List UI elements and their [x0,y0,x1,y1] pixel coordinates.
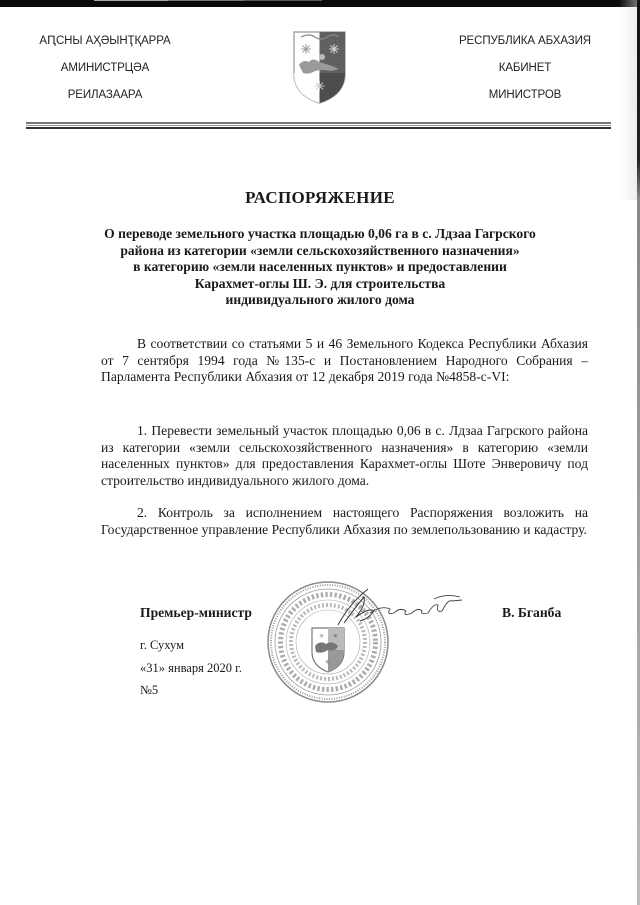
header-right-line-3: МИНИСТРОВ [445,88,605,115]
item-1-text: 1. Перевести земельный участок площадью … [101,423,588,488]
subject-line: в категорию «земли населенных пунктов» и… [90,259,550,276]
header-left-line-1: АԤСНЫ АҲӘЫНҬҚАРРА [30,34,180,61]
header-rule [26,122,611,124]
item-1-paragraph: 1. Перевести земельный участок площадью … [101,423,588,489]
signatory-name: В. Бганба [502,605,561,621]
document-number: №5 [140,683,158,698]
scan-shadow-right [619,0,637,200]
header-rule [26,125,611,126]
header-rule [26,127,611,129]
coat-of-arms-icon [291,29,348,105]
header-russian: РЕСПУБЛИКА АБХАЗИЯ КАБИНЕТ МИНИСТРОВ [445,34,605,115]
header-right-line-1: РЕСПУБЛИКА АБХАЗИЯ [445,34,605,61]
place-of-issue: г. Сухум [140,638,184,653]
svg-text:✳: ✳ [325,659,330,666]
subject-line: Карахмет-оглы Ш. Э. для строительства [90,276,550,293]
document-subject: О переводе земельного участка площадью 0… [90,226,550,309]
item-2-paragraph: 2. Контроль за исполнением настоящего Ра… [101,505,588,538]
subject-line: индивидуального жилого дома [90,292,550,309]
handwritten-signature-icon [330,583,465,638]
item-2-text: 2. Контроль за исполнением настоящего Ра… [101,505,588,537]
document-title: РАСПОРЯЖЕНИЕ [0,188,640,208]
header-left-line-3: РЕИЛАЗААРА [30,88,180,115]
preamble-text: В соответствии со статьями 5 и 46 Земель… [101,336,588,384]
header-left-line-2: АМИНИСТРЦӘА [30,61,180,88]
preamble-paragraph: В соответствии со статьями 5 и 46 Земель… [101,336,588,386]
subject-line: О переводе земельного участка площадью 0… [90,226,550,243]
signatory-position: Премьер-министр [140,605,252,621]
svg-text:✳: ✳ [319,633,324,640]
header-abkhaz: АԤСНЫ АҲӘЫНҬҚАРРА АМИНИСТРЦӘА РЕИЛАЗААРА [30,34,180,115]
header-right-line-2: КАБИНЕТ [445,61,605,88]
scan-edge-top [0,0,640,7]
subject-line: района из категории «земли сельскохозяйс… [90,243,550,260]
date-of-issue: «31» января 2020 г. [140,661,242,676]
